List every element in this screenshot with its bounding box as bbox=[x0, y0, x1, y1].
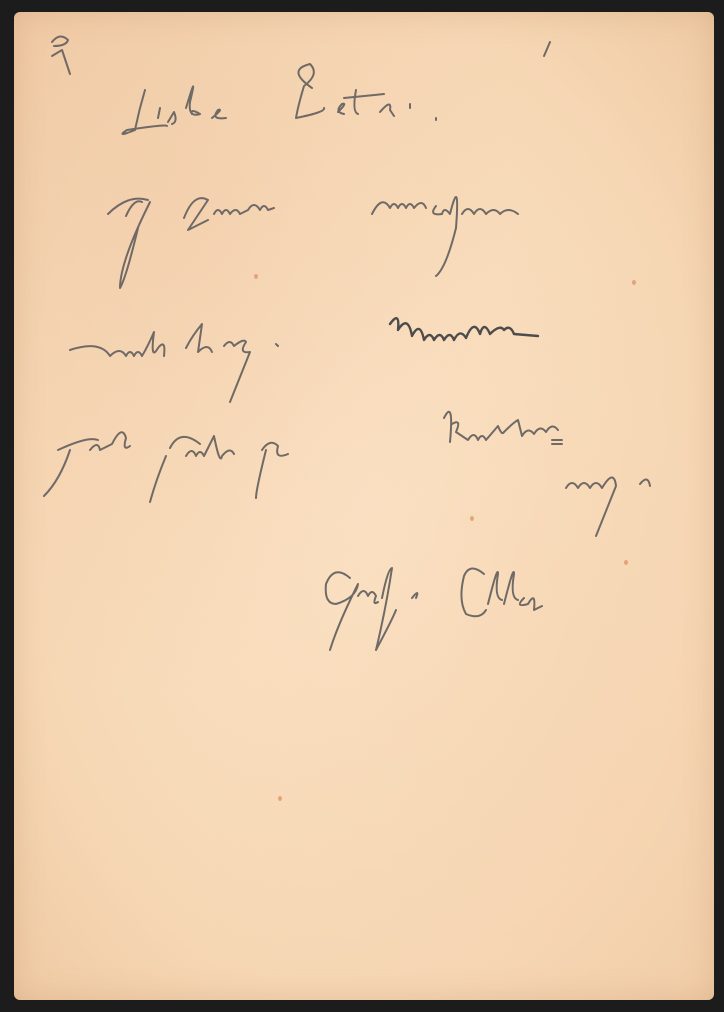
handwriting bbox=[0, 0, 724, 1012]
line-2 bbox=[108, 197, 518, 288]
line-3 bbox=[70, 318, 538, 402]
line-salutation bbox=[123, 42, 551, 134]
signature bbox=[326, 568, 542, 650]
line-4 bbox=[44, 412, 650, 536]
corner-mark bbox=[52, 36, 70, 74]
